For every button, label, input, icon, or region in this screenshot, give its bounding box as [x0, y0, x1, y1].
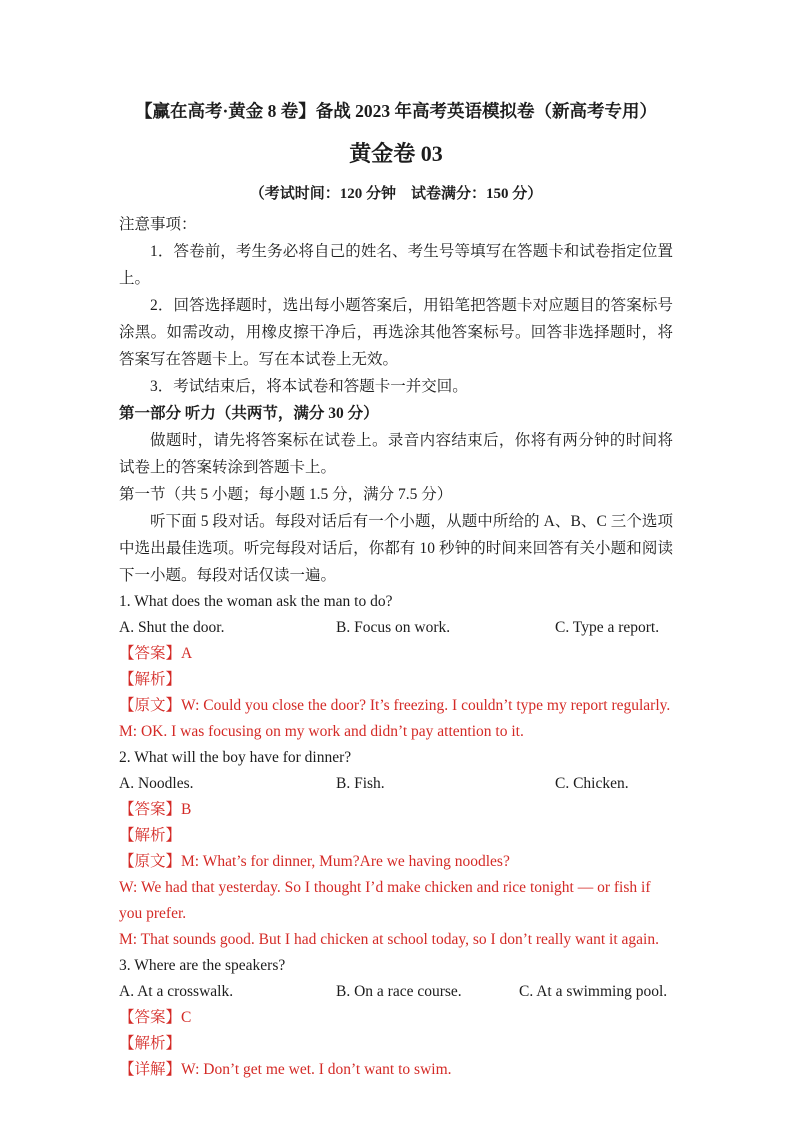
question-1-analysis-line: 【解析】 — [119, 667, 673, 693]
question-2-option-b: B. Fish. — [336, 771, 555, 797]
question-3-analysis-line: 【解析】 — [119, 1031, 673, 1057]
section1-heading: 第一节（共 5 小题；每小题 1.5 分，满分 7.5 分） — [119, 481, 673, 508]
question-2-analysis-line: 【解析】 — [119, 823, 673, 849]
transcript-text: M: What’s for dinner, Mum?Are we having … — [181, 853, 510, 870]
question-3: 3. Where are the speakers? A. At a cross… — [119, 953, 673, 1083]
question-2-transcript-line-1: 【原文】M: What’s for dinner, Mum?Are we hav… — [119, 849, 673, 875]
notice-item-1: 1．答卷前，考生务必将自己的姓名、考生号等填写在答题卡和试卷指定位置上。 — [119, 238, 673, 292]
exam-duration-and-score: （考试时间：120 分钟 试卷满分：150 分） — [119, 183, 673, 205]
question-3-option-a: A. At a crosswalk. — [119, 979, 336, 1005]
answer-label: 【答案】 — [119, 645, 181, 662]
part1-section: 第一部分 听力（共两节，满分 30 分） 做题时，请先将答案标在试卷上。录音内容… — [119, 400, 673, 589]
section1-instructions: 听下面 5 段对话。每段对话后有一个小题，从题中所给的 A、B、C 三个选项中选… — [119, 508, 673, 589]
question-1: 1. What does the woman ask the man to do… — [119, 589, 673, 745]
analysis-label: 【解析】 — [119, 1035, 181, 1052]
question-3-options-row: A. At a crosswalk. B. On a race course. … — [119, 979, 673, 1005]
document-header-title: 【赢在高考·黄金 8 卷】备战 2023 年高考英语模拟卷（新高考专用） — [119, 99, 673, 123]
question-2-options-row: A. Noodles. B. Fish. C. Chicken. — [119, 771, 673, 797]
question-1-options-row: A. Shut the door. B. Focus on work. C. T… — [119, 615, 673, 641]
answer-value: A — [181, 645, 192, 662]
transcript-text: W: Could you close the door? It’s freezi… — [181, 697, 670, 714]
question-3-answer-line: 【答案】C — [119, 1005, 673, 1031]
exam-paper-page: 【赢在高考·黄金 8 卷】备战 2023 年高考英语模拟卷（新高考专用） 黄金卷… — [0, 0, 793, 1122]
question-1-option-c: C. Type a report. — [555, 615, 673, 641]
question-3-option-c: C. At a swimming pool. — [519, 979, 673, 1005]
notice-item-3: 3．考试结束后，将本试卷和答题卡一并交回。 — [119, 373, 673, 400]
detail-label: 【详解】 — [119, 1061, 181, 1078]
question-3-text: 3. Where are the speakers? — [119, 953, 673, 979]
notice-heading: 注意事项： — [119, 211, 673, 238]
part1-heading: 第一部分 听力（共两节，满分 30 分） — [119, 400, 673, 427]
question-2-transcript-line-3: M: That sounds good. But I had chicken a… — [119, 927, 673, 953]
question-2: 2. What will the boy have for dinner? A.… — [119, 745, 673, 953]
question-2-answer-line: 【答案】B — [119, 797, 673, 823]
answer-value: B — [181, 801, 191, 818]
question-1-transcript-line-1: 【原文】W: Could you close the door? It’s fr… — [119, 693, 673, 719]
answer-value: C — [181, 1009, 191, 1026]
analysis-label: 【解析】 — [119, 671, 181, 688]
question-1-text: 1. What does the woman ask the man to do… — [119, 589, 673, 615]
notice-item-2: 2．回答选择题时，选出每小题答案后，用铅笔把答题卡对应题目的答案标号涂黑。如需改… — [119, 292, 673, 373]
paper-title: 黄金卷 03 — [119, 139, 673, 169]
question-1-transcript-line-2: M: OK. I was focusing on my work and did… — [119, 719, 673, 745]
answer-label: 【答案】 — [119, 1009, 181, 1026]
question-2-transcript-line-2: W: We had that yesterday. So I thought I… — [119, 875, 673, 927]
part1-intro: 做题时，请先将答案标在试卷上。录音内容结束后，你将有两分钟的时间将试卷上的答案转… — [119, 427, 673, 481]
question-1-option-a: A. Shut the door. — [119, 615, 336, 641]
question-3-transcript-line-1: 【详解】W: Don’t get me wet. I don’t want to… — [119, 1057, 673, 1083]
question-3-option-b: B. On a race course. — [336, 979, 519, 1005]
question-2-text: 2. What will the boy have for dinner? — [119, 745, 673, 771]
question-1-option-b: B. Focus on work. — [336, 615, 555, 641]
question-2-option-c: C. Chicken. — [555, 771, 673, 797]
question-2-option-a: A. Noodles. — [119, 771, 336, 797]
page-content: 【赢在高考·黄金 8 卷】备战 2023 年高考英语模拟卷（新高考专用） 黄金卷… — [0, 0, 793, 1083]
transcript-label: 【原文】 — [119, 697, 181, 714]
notice-section: 注意事项： 1．答卷前，考生务必将自己的姓名、考生号等填写在答题卡和试卷指定位置… — [119, 211, 673, 400]
transcript-text: W: Don’t get me wet. I don’t want to swi… — [181, 1061, 452, 1078]
analysis-label: 【解析】 — [119, 827, 181, 844]
transcript-label: 【原文】 — [119, 853, 181, 870]
question-1-answer-line: 【答案】A — [119, 641, 673, 667]
answer-label: 【答案】 — [119, 801, 181, 818]
